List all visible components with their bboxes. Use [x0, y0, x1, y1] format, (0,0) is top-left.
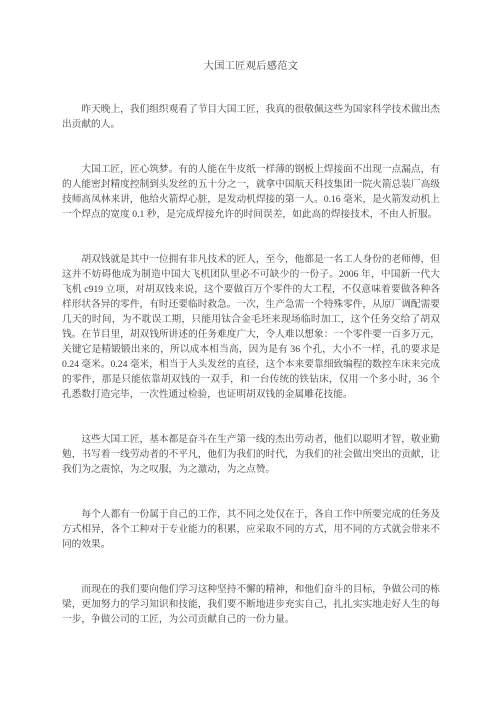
essay-paragraph: 每个人都有一份属于自己的工作，其不同之处仅在于，各自工作中所要完成的任务及方式相… [62, 507, 440, 552]
essay-paragraph: 大国工匠，匠心筑梦。有的人能在牛皮纸一样薄的钢板上焊接面不出现一点漏点，有的人能… [62, 162, 440, 222]
essay-paragraph: 昨天晚上，我们组织观看了节目大国工匠，我真的很敬佩这些为国家科学技术做出杰出贡献… [62, 102, 440, 132]
document-title: 大国工匠观后感范文 [62, 59, 440, 74]
document-page: 大国工匠观后感范文 昨天晚上，我们组织观看了节目大国工匠，我真的很敬佩这些为国家… [0, 0, 500, 708]
essay-paragraph: 而现在的我们要向他们学习这种坚持不懈的精神，和他们奋斗的目标，争做公司的栋梁，更… [62, 582, 440, 627]
essay-paragraph: 胡双钱就是其中一位拥有非凡技术的匠人，至今，他都是一名工人身份的老师傅，但这并不… [62, 252, 440, 402]
essay-paragraph: 这些大国工匠，基本都是奋斗在生产第一线的杰出劳动者，他们以聪明才智，敬业勤勉，书… [62, 432, 440, 477]
